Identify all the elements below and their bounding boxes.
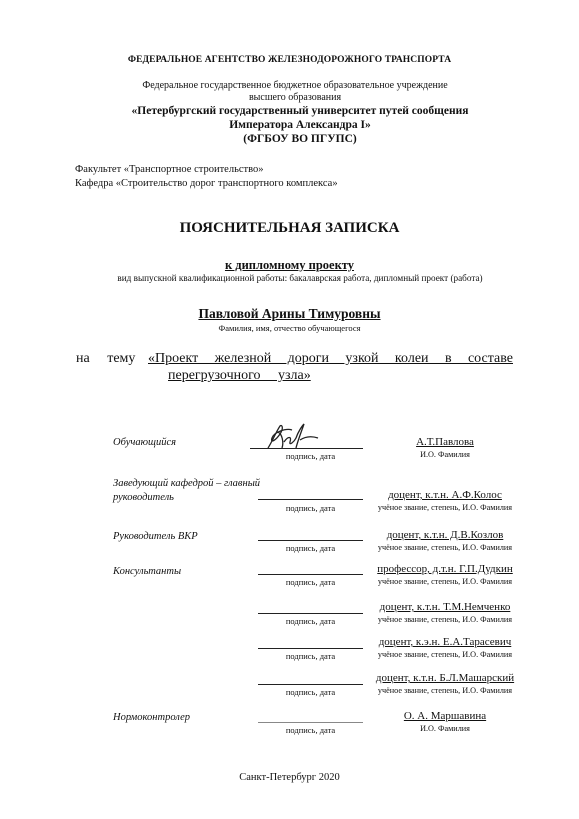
signature-caption: подпись, дата — [258, 687, 363, 697]
signer-name: доцент, к.т.н. А.Ф.Колос — [365, 489, 525, 501]
signature-caption: подпись, дата — [258, 543, 363, 553]
signer-name-caption: учёное звание, степень, И.О. Фамилия — [365, 615, 525, 626]
university-name: «Петербургский государственный университ… — [100, 104, 500, 146]
institution-type: Федеральное государственное бюджетное об… — [120, 80, 470, 104]
signature-caption: подпись, дата — [258, 651, 363, 661]
faculty: Факультет «Транспортное строительство» — [75, 163, 338, 177]
signature-caption: подпись, дата — [258, 725, 363, 735]
student-name: Павловой Арины Тимуровны — [0, 306, 579, 322]
signer-name: А.Т.Павлова — [365, 436, 525, 448]
signature-caption: подпись, дата — [258, 503, 363, 513]
document-subtitle: к дипломному проекту — [0, 258, 579, 273]
university-abbr: (ФГБОУ ВО ПГУПС) — [100, 132, 500, 146]
document-title: ПОЯСНИТЕЛЬНАЯ ЗАПИСКА — [0, 220, 579, 237]
role-consultants: Консультанты — [113, 565, 181, 579]
signature-line — [258, 613, 363, 614]
signer-name-caption: учёное звание, степень, И.О. Фамилия — [365, 503, 525, 514]
topic-label: на тему — [76, 351, 135, 367]
signer-name: доцент, к.т.н. Б.Л.Машарский — [365, 672, 525, 684]
signer-name-caption: учёное звание, степень, И.О. Фамилия — [365, 686, 525, 697]
signature-line — [250, 448, 363, 449]
signer-name-text: доцент, к.т.н. Б.Л.Машарский — [376, 672, 514, 684]
role-head-of-department: Заведующий кафедрой – главный руководите… — [113, 477, 263, 505]
role-supervisor: Руководитель ВКР — [113, 530, 198, 544]
department: Кафедра «Строительство дорог транспортно… — [75, 177, 338, 191]
signer-name-caption: И.О. Фамилия — [365, 724, 525, 735]
signer-name: доцент, к.э.н. Е.А.Тарасевич — [365, 636, 525, 648]
signature-line — [258, 722, 363, 723]
work-type-caption: вид выпускной квалификационной работы: б… — [60, 273, 540, 283]
signer-name: доцент, к.т.н. Д.В.Козлов — [365, 529, 525, 541]
signer-name: доцент, к.т.н. Т.М.Немченко — [365, 601, 525, 613]
signer-name: О. А. Маршавина — [365, 710, 525, 722]
signer-name-text: доцент, к.э.н. Е.А.Тарасевич — [379, 636, 512, 648]
signer-name-text: доцент, к.т.н. А.Ф.Колос — [388, 489, 502, 501]
signature-caption: подпись, дата — [258, 616, 363, 626]
signer-name-text: профессор, д.т.н. Г.П.Дудкин — [377, 563, 513, 575]
faculty-block: Факультет «Транспортное строительство» К… — [75, 163, 338, 191]
signer-name: профессор, д.т.н. Г.П.Дудкин — [365, 563, 525, 575]
topic-line1: «Проект железной дороги узкой колеи в со… — [148, 351, 513, 367]
institution-type-line2: высшего образования — [120, 92, 470, 104]
signer-name-text: О. А. Маршавина — [404, 710, 486, 722]
signer-name-text: доцент, к.т.н. Т.М.Немченко — [380, 601, 511, 613]
agency-name: ФЕДЕРАЛЬНОЕ АГЕНТСТВО ЖЕЛЕЗНОДОРОЖНОГО Т… — [0, 55, 579, 65]
signer-name-text: А.Т.Павлова — [416, 436, 474, 448]
signature-line — [258, 499, 363, 500]
student-name-caption: Фамилия, имя, отчество обучающегося — [0, 323, 579, 333]
university-line1: «Петербургский государственный университ… — [100, 104, 500, 118]
institution-type-line1: Федеральное государственное бюджетное об… — [120, 80, 470, 92]
role-student: Обучающийся — [113, 436, 176, 450]
signature-line — [258, 540, 363, 541]
signer-name-caption: учёное звание, степень, И.О. Фамилия — [365, 543, 525, 554]
signature-caption: подпись, дата — [258, 451, 363, 461]
signature-line — [258, 648, 363, 649]
place-and-year: Санкт-Петербург 2020 — [0, 772, 579, 783]
signer-name-caption: И.О. Фамилия — [365, 450, 525, 461]
signature-caption: подпись, дата — [258, 577, 363, 587]
signature-line — [258, 574, 363, 575]
role-norm-controller: Нормоконтролер — [113, 711, 190, 725]
signer-name-caption: учёное звание, степень, И.О. Фамилия — [365, 650, 525, 661]
signature-line — [258, 684, 363, 685]
university-line2: Императора Александра I» — [100, 118, 500, 132]
signer-name-text: доцент, к.т.н. Д.В.Козлов — [387, 529, 504, 541]
signer-name-caption: учёное звание, степень, И.О. Фамилия — [365, 577, 525, 588]
topic-line2: перегрузочного узла» — [168, 368, 311, 384]
